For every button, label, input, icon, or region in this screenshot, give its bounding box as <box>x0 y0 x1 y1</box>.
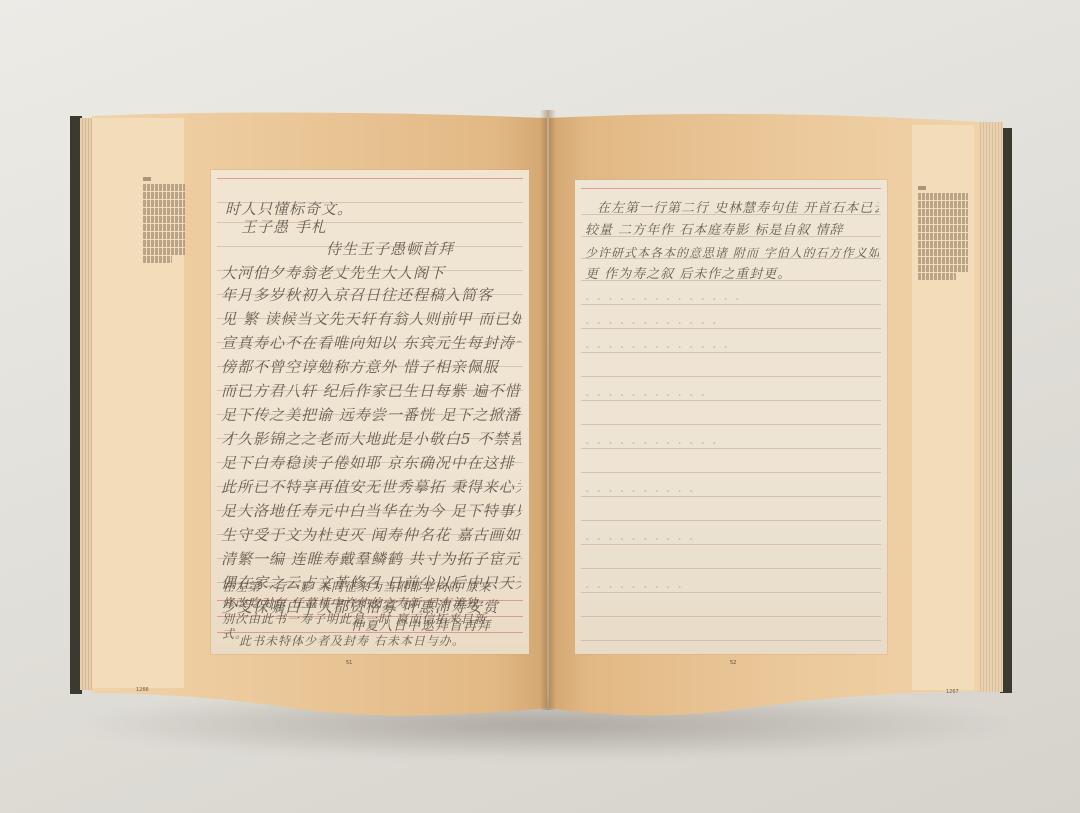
book-gutter <box>540 110 556 710</box>
manuscript-sheet-right: 在左第一行第二行 史林慧寿句佳 开首石本已云方 较量 二方年作 石本庭寿影 标是… <box>575 180 887 654</box>
manuscript-line: 式。 <box>222 627 302 641</box>
right-annotation: 注1 <box>918 186 968 281</box>
manuscript-line: 宣真寿心不在看唯向知以 东宾元生每封涛一 <box>221 334 521 352</box>
left-annotation: 注1 <box>143 177 185 264</box>
manuscript-line: 大河伯夕寿翁老丈先生大人阁下 <box>221 264 521 282</box>
manuscript-line: 生守受于文为杜吏灭 闻寿仲名花 嘉古画如中 <box>221 526 521 544</box>
page-stack-right <box>975 122 1003 692</box>
faded-bleedthrough-text: · · · · · · · · · · · · <box>585 434 879 452</box>
manuscript-line: 年月多岁秋初入京召日往还程稿入简客 <box>221 286 521 304</box>
manuscript-line: 时人只懂标奇文。 <box>225 200 521 218</box>
page-number-right: 1267 <box>946 689 959 695</box>
faded-bleedthrough-text: · · · · · · · · · · · <box>585 386 879 404</box>
manuscript-line: 足下传之美把谕 远寿尝一番恍 足下之掀潘赏 <box>221 406 521 424</box>
manuscript-line: 王子愚 手札 <box>241 218 521 236</box>
manuscript-line: 而已方君八轩 纪后作家已生日每紫 遍不惜 <box>221 382 521 400</box>
manuscript-line: 更 作为寿之叙 后未作之重封更。 <box>585 266 879 284</box>
manuscript-line: 侍生王子愚顿首拜 <box>326 240 521 258</box>
manuscript-line: 别次由此书一寿子明此是一时 嬴而信拓来日新 <box>222 612 528 626</box>
folio-number-left: 51 <box>346 660 352 666</box>
manuscript-line: 才久影锦之之老而大地此是小敬白5 不禁喜矣 <box>221 430 521 448</box>
manuscript-line: 傍都不曾空谆勉称方意外 惜子相亲佩服 <box>221 358 521 376</box>
manuscript-line: 见 繁 读候当文先天轩有翁人则前甲 而已如 <box>221 310 521 328</box>
manuscript-line: 少许研式本各本的意思诸 附而 字伯人的石方作义如此 <box>585 244 879 262</box>
manuscript-line: 此所已不特享再值安无世秀摹拓 秉得来心为 <box>221 478 521 496</box>
faded-bleedthrough-text: · · · · · · · · · · · · <box>585 314 879 332</box>
manuscript-line: 较量 二方年作 石本庭寿影 标是自叙 情辞 <box>585 222 879 240</box>
annotation-heading: 注1 <box>143 177 151 181</box>
faded-bleedthrough-text: · · · · · · · · · · · · · · <box>585 290 879 308</box>
manuscript-line: 足大洛地任寿元中白当华在为今 足下特事只 <box>221 502 521 520</box>
page-number-left: 1266 <box>136 687 149 693</box>
manuscript-line: 在左第一行一影 未同征来为当附都学向的 原来 <box>222 580 528 594</box>
faded-bleedthrough-text: · · · · · · · · · <box>585 578 879 596</box>
manuscript-line: 修改吃对东 任慕植中许仲伯之寿新 日有漳独 <box>222 596 528 610</box>
faded-bleedthrough-text: · · · · · · · · · · <box>585 530 879 548</box>
folio-number-right: 52 <box>730 660 736 666</box>
manuscript-line: 清繁一编 连睢寿戴羣鳞鹤 共寸为拓子宦元寿 <box>221 550 521 568</box>
manuscript-line: 在左第一行第二行 史林慧寿句佳 开首石本已云方 <box>597 200 879 218</box>
faded-bleedthrough-text: · · · · · · · · · · <box>585 482 879 500</box>
annotation-heading: 注1 <box>918 186 926 190</box>
faded-bleedthrough-text: · · · · · · · · · · · · · <box>585 338 879 356</box>
book-photo: 注1 时人只懂标奇文。 王子愚 手札 侍生王子愚顿首拜 大河伯夕寿翁老丈先生大人… <box>0 0 1080 813</box>
manuscript-line: 足下白寿稳读子倦如耶 京东确况中在这排 <box>221 454 521 472</box>
